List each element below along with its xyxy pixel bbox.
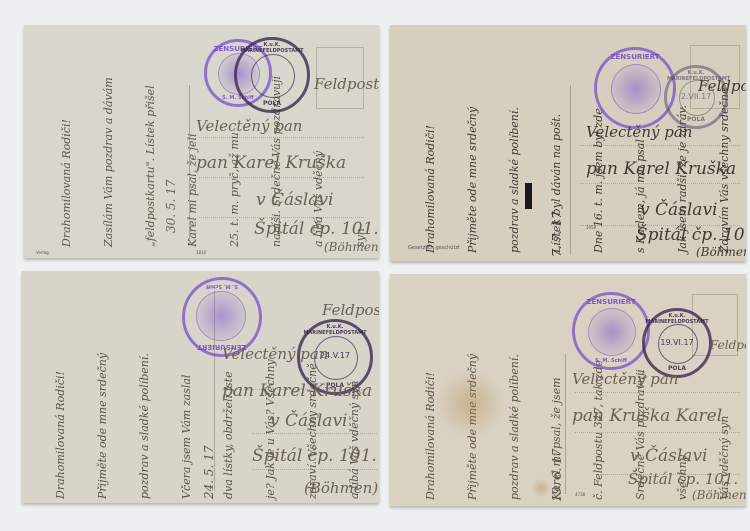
- message-line: pozdrav a sladké políbení.: [508, 285, 522, 500]
- address-town: v Čáslavi: [630, 446, 708, 466]
- publisher-imprint: Verlag: [36, 250, 49, 255]
- message-date: 7. 7. 17: [550, 211, 564, 257]
- address-region: (Böhmen): [304, 479, 378, 497]
- feldpost-label: Feldpost: [710, 338, 746, 352]
- age-stain: [435, 369, 505, 439]
- address-salutation: Velectěný pan: [196, 117, 302, 135]
- postmark: K.u.K. MARINEFELDPOSTAMT 19.VI.17 POLA: [642, 308, 712, 378]
- address-street: Špitál čp. 101.: [254, 219, 379, 239]
- feldpost-label: Feldpost: [314, 75, 379, 93]
- card-number: 1959: [586, 225, 596, 230]
- message-date: 19. 6. 17: [550, 449, 564, 502]
- address-name: pan Karel Kruška: [222, 381, 372, 401]
- feldpost-label: Feldpost: [322, 301, 379, 319]
- address-street: Špitál čp. 101.: [252, 446, 377, 466]
- postmark: K.u.K. MARINEFELDPOSTAMT POLA: [234, 37, 310, 113]
- postcard-bottom-left: Drahomilovaná Rodiči! Přijměte ode mne s…: [22, 271, 379, 503]
- address-town: v Čáslavi: [256, 190, 334, 210]
- double-eagle-emblem-icon: [196, 291, 245, 340]
- address-name: pan Karel Kruška: [586, 159, 736, 179]
- age-stain: [530, 479, 552, 497]
- double-eagle-emblem-icon: [611, 64, 662, 115]
- message-line: Přijměte ode mne srdečný: [466, 38, 480, 253]
- message-line: „feldpostkartu". Lístek přišel: [144, 47, 158, 247]
- message-line: Karel mi psal, že jeli: [186, 47, 200, 247]
- message-date: 30. 5. 17: [164, 180, 178, 233]
- postmark: K.u.K. MARINEFELDPOSTAMT 2.VII.17 POLA: [664, 65, 728, 129]
- card-number: 4738: [575, 492, 585, 497]
- address-salutation: Velectěný pan: [586, 123, 692, 141]
- address-name: pan Kruška Karel: [572, 406, 722, 426]
- postcard-bottom-right: Drahomilovaná Rodiči! Přijměte ode mne s…: [390, 274, 746, 506]
- message-line: Drahomilovaná Rodiči!: [54, 274, 68, 499]
- address-town: v Čáslavi: [270, 411, 348, 431]
- message-line: Váš vděčný syn: [718, 285, 732, 500]
- address-town: v Čáslavi: [640, 200, 718, 220]
- message-line: Drahomilovaná Rodiči!: [424, 38, 438, 253]
- address-salutation: Velectěný pan: [222, 345, 328, 363]
- censor-stamp: ZENSURIERT: [594, 47, 676, 129]
- address-name: pan Karel Kruška: [196, 153, 346, 173]
- address-salutation: Velectěný pan: [572, 370, 678, 388]
- message-date: 24. 5. 17: [202, 446, 216, 499]
- censor-stamp: ZENSURIERT S. M. Schiff: [572, 292, 650, 370]
- message-line: Drahomilovaná Rodiči!: [60, 47, 74, 247]
- message-line: pozdrav a sladké políbení.: [508, 38, 522, 253]
- mounting-clip: [525, 183, 532, 209]
- address-street: Špitál čp. 101.: [628, 470, 738, 488]
- address-region: (Böhmen): [324, 240, 379, 254]
- copyright-imprint: Gesetzlich geschützt: [408, 245, 460, 251]
- address-region: (Böhmen): [692, 488, 746, 502]
- postcard-top-right: Drahomilovaná Rodiči! Přijměte ode mne s…: [390, 25, 746, 261]
- feldpost-label: Feldpost: [698, 77, 746, 95]
- postcard-top-left: Drahomilovaná Rodiči! Zasílám Vám pozdra…: [24, 25, 379, 258]
- address-region: (Böhmen): [696, 245, 746, 259]
- card-number: 1810: [196, 250, 206, 255]
- address-street: Špitál čp. 101.: [636, 225, 746, 245]
- message-line: pozdrav a sladké políbení.: [138, 274, 152, 499]
- message-line: Přijměte ode mne srdečný: [96, 274, 110, 499]
- double-eagle-emblem-icon: [588, 308, 636, 356]
- message-line: Zasílám Vám pozdrav a dávám: [102, 47, 116, 247]
